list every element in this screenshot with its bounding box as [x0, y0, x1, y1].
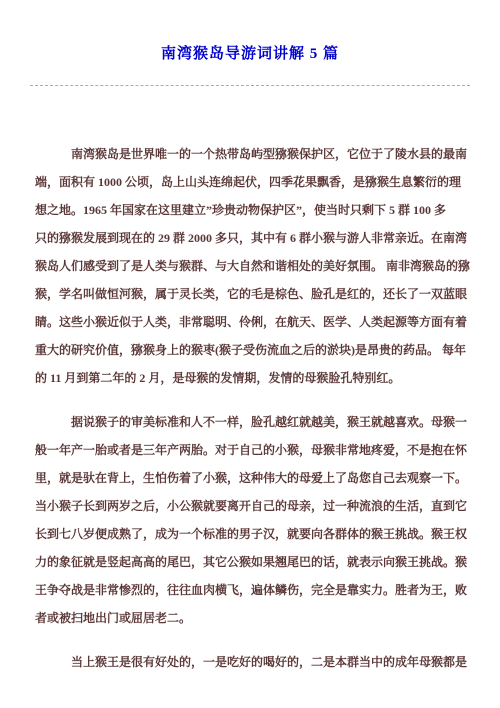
title-separator [30, 85, 470, 86]
text-line: 据说猴子的审美标准和人不一样，脸孔越红就越美，猴王就越喜欢。母猴一 [35, 408, 470, 436]
paragraph: 当上猴王是很有好处的，一是吃好的喝好的，二是本群当中的成年母猴都是 [35, 648, 470, 676]
text-line: 想之地。1965 年国家在这里建立”珍贵动物保护区”，使当时只剩下 5 群 10… [35, 196, 470, 224]
text-line: 长到七八岁便成熟了，成为一个标准的男子汉，就要向各群体的猴王挑战。猴王权 [35, 520, 470, 548]
text-line: 端，面积有 1000 公顷，岛上山头连绵起伏，四季花果飘香，是猕猴生息繁衍的理 [35, 168, 470, 196]
text-line: 当上猴王是很有好处的，一是吃好的喝好的，二是本群当中的成年母猴都是 [35, 648, 470, 676]
text-line: 南湾猴岛是世界唯一的一个热带岛屿型猕猴保护区，它位于了陵水县的最南 [35, 140, 470, 168]
text-line: 的 11 月到第二年的 2 月，是母猴的发情期，发情的母猴脸孔特别红。 [35, 364, 470, 392]
text-line: 只的猕猴发展到现在的 29 群 2000 多只，其中有 6 群小猴与游人非常亲近… [35, 224, 470, 252]
document-page: 南湾猴岛导游词讲解 5 篇 南湾猴岛是世界唯一的一个热带岛屿型猕猴保护区，它位于… [0, 0, 500, 708]
text-line: 者或被扫地出门或屈居老二。 [35, 604, 470, 632]
text-line: 猴岛人们感受到了是人类与猴群、与大自然和谐相处的美好氛围。 南非湾猴岛的猕 [35, 252, 470, 280]
page-title: 南湾猴岛导游词讲解 5 篇 [0, 0, 500, 66]
text-line: 般一年产一胎或者是三年产两胎。对于自己的小猴，母猴非常地疼爱，不是抱在怀 [35, 436, 470, 464]
text-line: 睛。这些小猴近似于人类，非常聪明、伶俐，在航天、医学、人类起源等方面有着 [35, 308, 470, 336]
text-line: 王争夺战是非常惨烈的，往往血肉横飞，遍体鳞伤，完全是靠实力。胜者为王，败 [35, 576, 470, 604]
text-line: 猴，学名叫做恒河猴，属于灵长类，它的毛是棕色、脸孔是红的，还长了一双蓝眼 [35, 280, 470, 308]
paragraph: 南湾猴岛是世界唯一的一个热带岛屿型猕猴保护区，它位于了陵水县的最南端，面积有 1… [35, 140, 470, 392]
paragraph: 据说猴子的审美标准和人不一样，脸孔越红就越美，猴王就越喜欢。母猴一般一年产一胎或… [35, 408, 470, 632]
text-line: 重大的研究价值，猕猴身上的猴枣(猴子受伤流血之后的淤块)是昂贵的药品。 每年 [35, 336, 470, 364]
text-line: 力的象征就是竖起高高的尾巴，其它公猴如果翘尾巴的话，就表示向猴王挑战。猴 [35, 548, 470, 576]
text-line: 里，就是驮在背上，生怕伤着了小猴，这种伟大的母爱上了岛您自己去观察一下。 [35, 464, 470, 492]
text-line: 当小猴子长到两岁之后，小公猴就要离开自己的母亲，过一种流浪的生活，直到它 [35, 492, 470, 520]
document-body: 南湾猴岛是世界唯一的一个热带岛屿型猕猴保护区，它位于了陵水县的最南端，面积有 1… [35, 140, 470, 692]
